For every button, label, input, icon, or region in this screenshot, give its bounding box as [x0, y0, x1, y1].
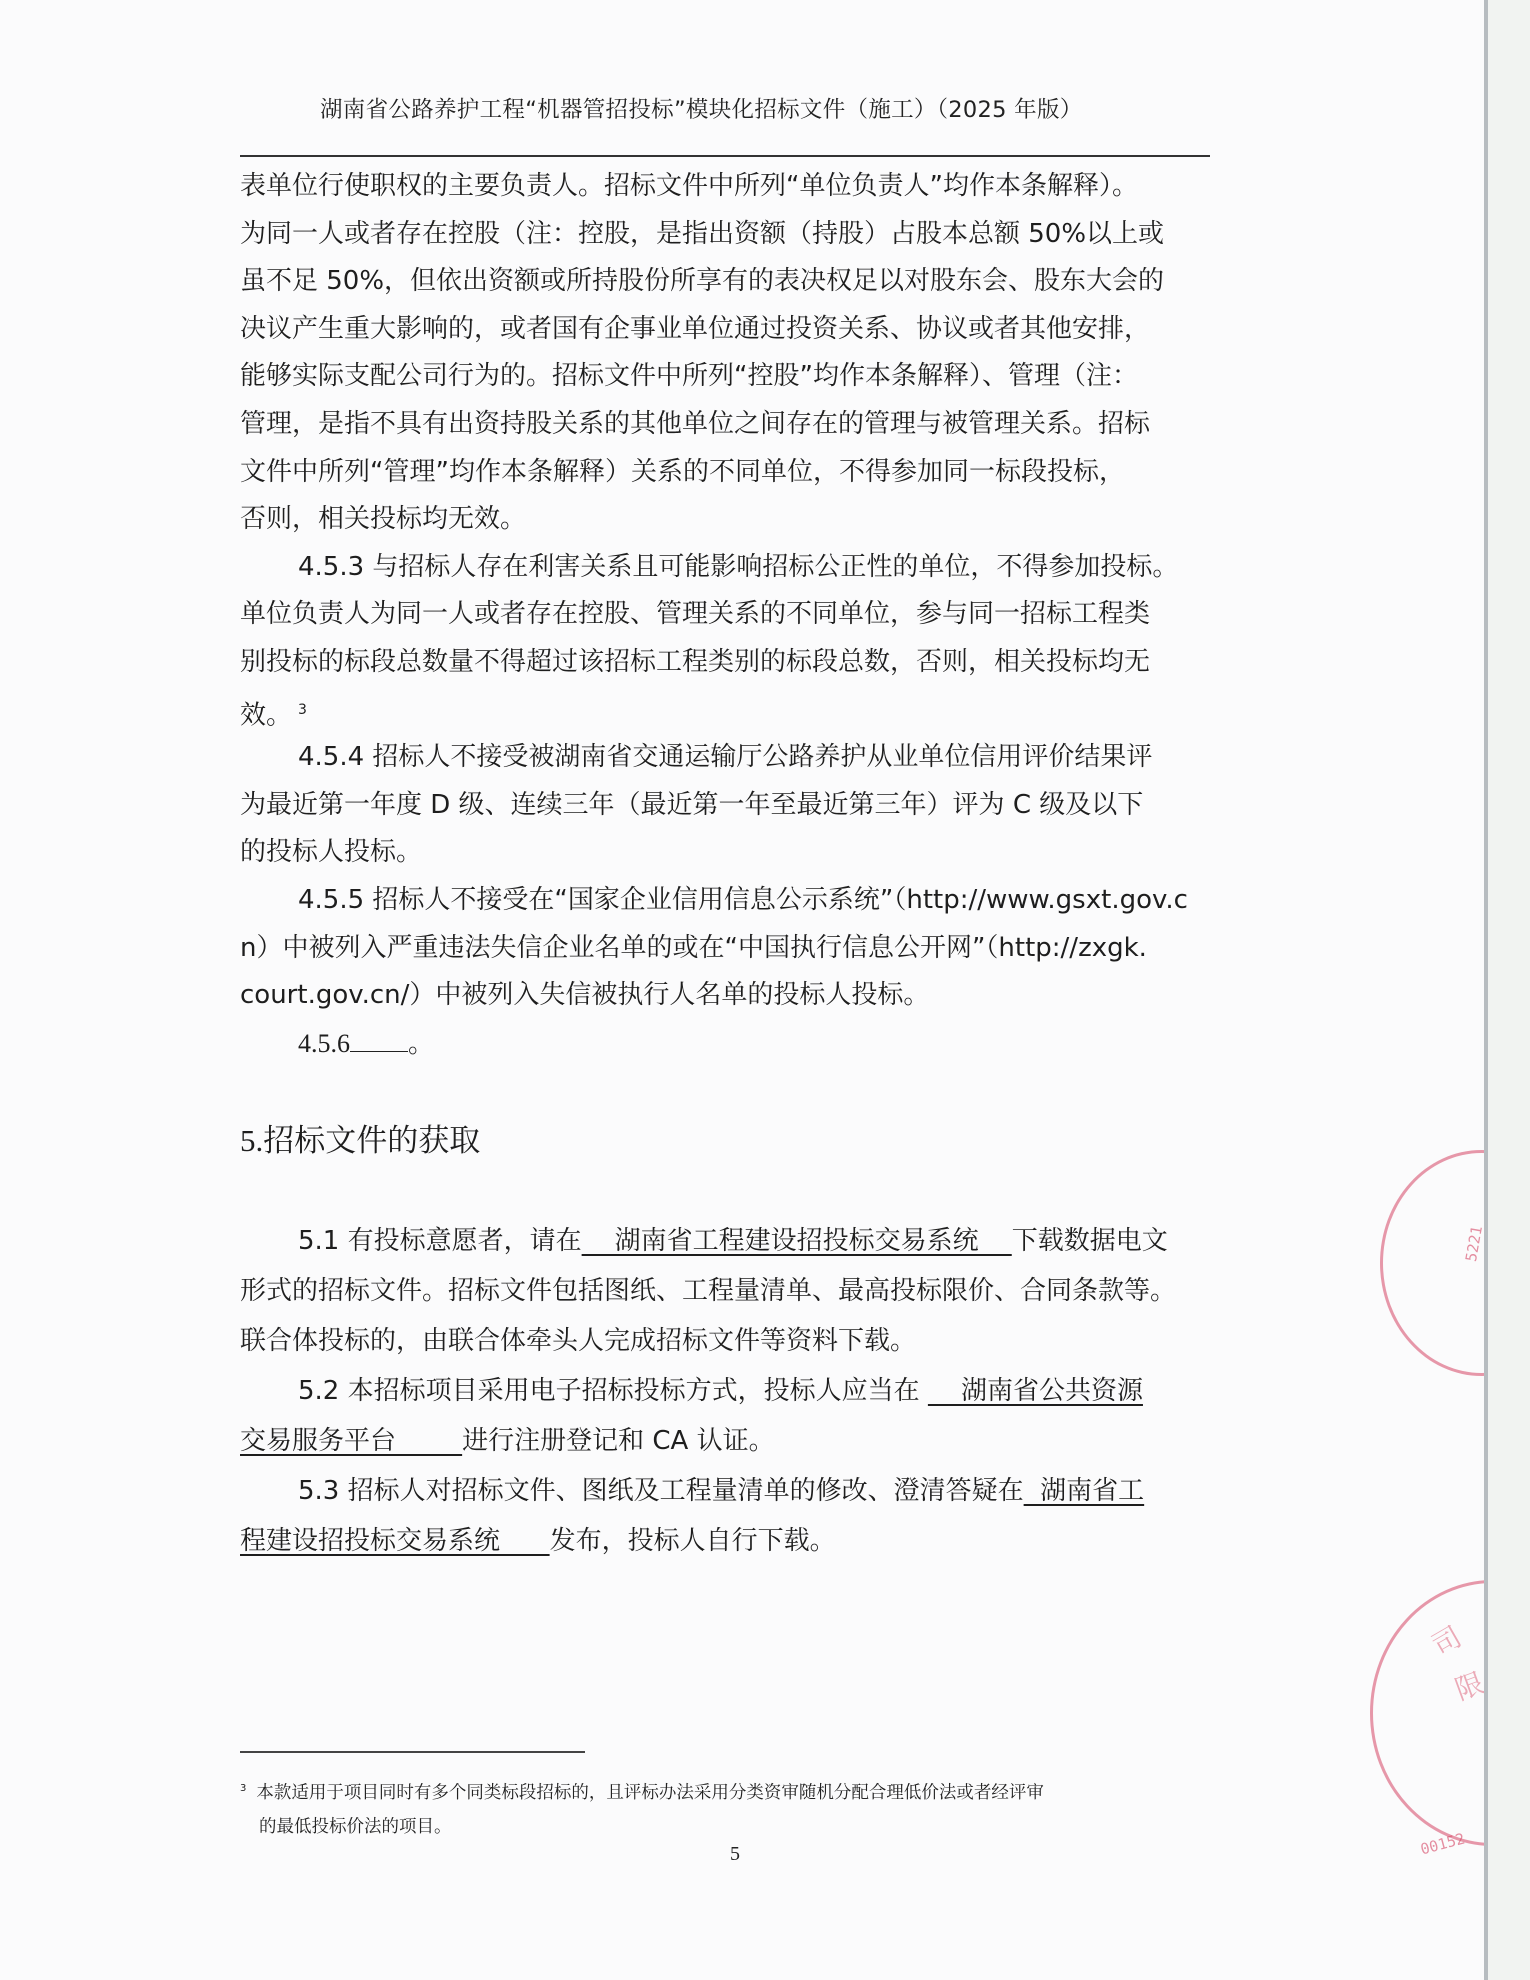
- fill-in-blank-platform-cont[interactable]: 交易服务平台: [240, 1426, 462, 1456]
- clause-5-2-line: 交易服务平台 进行注册登记和 CA 认证。: [240, 1416, 1240, 1466]
- clause-5-1-line: 联合体投标的，由联合体牵头人完成招标文件等资料下载。: [240, 1316, 1240, 1366]
- clause-4-5-4-line: 为最近第一年度 D 级、连续三年（最近第一年至最近第三年）评为 C 级及以下: [240, 782, 1240, 830]
- clause-5-3-line: 程建设招投标交易系统 发布，投标人自行下载。: [240, 1516, 1240, 1566]
- fill-in-blank-system[interactable]: 湖南省工程建设招投标交易系统: [582, 1226, 1012, 1256]
- footnote-text: 本款适用于项目同时有多个同类标段招标的，且评标办法采用分类资审随机分配合理低价法…: [256, 1783, 1044, 1803]
- clause-5-3-line: 5.3 招标人对招标文件、图纸及工程量清单的修改、澄清答疑在 湖南省工: [240, 1466, 1240, 1516]
- footnote: 3本款适用于项目同时有多个同类标段招标的，且评标办法采用分类资审随机分配合理低价…: [240, 1772, 1240, 1844]
- clause-4-5-5-line: court.gov.cn/）中被列入失信被执行人名单的投标人投标。: [240, 972, 1240, 1020]
- section-heading: 5.招标文件的获取: [240, 1115, 480, 1160]
- clause-5-2-prefix: 5.2 本招标项目采用电子招标投标方式，投标人应当在: [298, 1376, 928, 1406]
- clause-5-3-suffix: 发布，投标人自行下载。: [550, 1526, 836, 1556]
- footnote-line: 的最低投标价法的项目。: [240, 1810, 1240, 1844]
- paragraph-line: 表单位行使职权的主要负责人。招标文件中所列“单位负责人”均作本条解释）。: [240, 163, 1240, 211]
- paragraph-line: 决议产生重大影响的，或者国有企事业单位通过投资关系、协议或者其他安排，: [240, 306, 1240, 354]
- section-5-body: 5.1 有投标意愿者，请在 湖南省工程建设招投标交易系统 下载数据电文 形式的招…: [240, 1216, 1240, 1566]
- clause-5-1-line: 5.1 有投标意愿者，请在 湖南省工程建设招投标交易系统 下载数据电文: [240, 1216, 1240, 1266]
- clause-4-5-5-line: 4.5.5 招标人不接受在“国家企业信用信息公示系统”（http://www.g…: [240, 877, 1240, 925]
- fill-in-blank-publish-system-cont[interactable]: 程建设招投标交易系统: [240, 1526, 550, 1556]
- clause-5-2-line: 5.2 本招标项目采用电子招标投标方式，投标人应当在 湖南省公共资源: [240, 1366, 1240, 1416]
- clause-5-2-suffix: 进行注册登记和 CA 认证。: [462, 1426, 774, 1456]
- clause-4-5-3-line: 别投标的标段总数量不得超过该招标工程类别的标段总数，否则，相关投标均无: [240, 639, 1240, 687]
- paragraph-line: 为同一人或者存在控股（注：控股，是指出资额（持股）占股本总额 50%以上或: [240, 211, 1240, 259]
- clause-4-5-6: 4.5.6。: [240, 1020, 1240, 1068]
- clause-4-5-3-end: 效。: [240, 700, 292, 730]
- paragraph-line: 虽不足 50%，但依出资额或所持股份所享有的表决权足以对股东会、股东大会的: [240, 258, 1240, 306]
- footnote-line: 3本款适用于项目同时有多个同类标段招标的，且评标办法采用分类资审随机分配合理低价…: [240, 1783, 1044, 1803]
- section-title: 招标文件的获取: [263, 1123, 480, 1159]
- document-body: 表单位行使职权的主要负责人。招标文件中所列“单位负责人”均作本条解释）。 为同一…: [240, 163, 1240, 1067]
- fill-in-blank[interactable]: [350, 1029, 408, 1052]
- clause-5-1-prefix: 5.1 有投标意愿者，请在: [298, 1226, 582, 1256]
- page-number: 5: [730, 1843, 740, 1866]
- clause-5-1-line: 形式的招标文件。招标文件包括图纸、工程量清单、最高投标限价、合同条款等。: [240, 1266, 1240, 1316]
- paragraph-line: 管理，是指不具有出资持股关系的其他单位之间存在的管理与被管理关系。招标: [240, 401, 1240, 449]
- footnote-separator: [240, 1751, 585, 1753]
- clause-4-5-3-line: 4.5.3 与招标人存在利害关系且可能影响招标公正性的单位，不得参加投标。: [240, 544, 1240, 592]
- clause-4-5-3-line: 效。3: [240, 687, 1240, 735]
- clause-4-5-3-line: 单位负责人为同一人或者存在控股、管理关系的不同单位，参与同一招标工程类: [240, 591, 1240, 639]
- document-page: 湖南省公路养护工程“机器管招投标”模块化招标文件（施工）（2025 年版） 表单…: [0, 0, 1485, 1980]
- clause-4-5-4-line: 的投标人投标。: [240, 829, 1240, 877]
- scan-margin: [1488, 0, 1530, 1980]
- header-divider: [240, 155, 1210, 157]
- running-header-title: 湖南省公路养护工程“机器管招投标”模块化招标文件（施工）（2025 年版）: [320, 92, 1220, 124]
- clause-4-5-6-suffix: 。: [408, 1029, 434, 1059]
- clause-4-5-5-line: n）中被列入严重违法失信企业名单的或在“中国执行信息公开网”（http://zx…: [240, 925, 1240, 973]
- clause-4-5-6-number: 4.5.6: [298, 1029, 350, 1058]
- section-number: 5.: [240, 1123, 263, 1158]
- paragraph-line: 否则，相关投标均无效。: [240, 496, 1240, 544]
- clause-4-5-4-line: 4.5.4 招标人不接受被湖南省交通运输厅公路养护从业单位信用评价结果评: [240, 734, 1240, 782]
- footnote-mark: 3: [240, 1783, 246, 1794]
- paragraph-line: 能够实际支配公司行为的。招标文件中所列“控股”均作本条解释）、管理（注：: [240, 353, 1240, 401]
- seal-serial-lower: 00152: [1418, 1829, 1466, 1858]
- clause-5-3-prefix: 5.3 招标人对招标文件、图纸及工程量清单的修改、澄清答疑在: [298, 1476, 1024, 1506]
- clause-5-1-suffix: 下载数据电文: [1012, 1226, 1168, 1256]
- fill-in-blank-publish-system[interactable]: 湖南省工: [1024, 1476, 1145, 1506]
- paragraph-line: 文件中所列“管理”均作本条解释）关系的不同单位，不得参加同一标段投标，: [240, 449, 1240, 497]
- fill-in-blank-platform[interactable]: 湖南省公共资源: [928, 1376, 1143, 1406]
- footnote-reference[interactable]: 3: [298, 702, 307, 718]
